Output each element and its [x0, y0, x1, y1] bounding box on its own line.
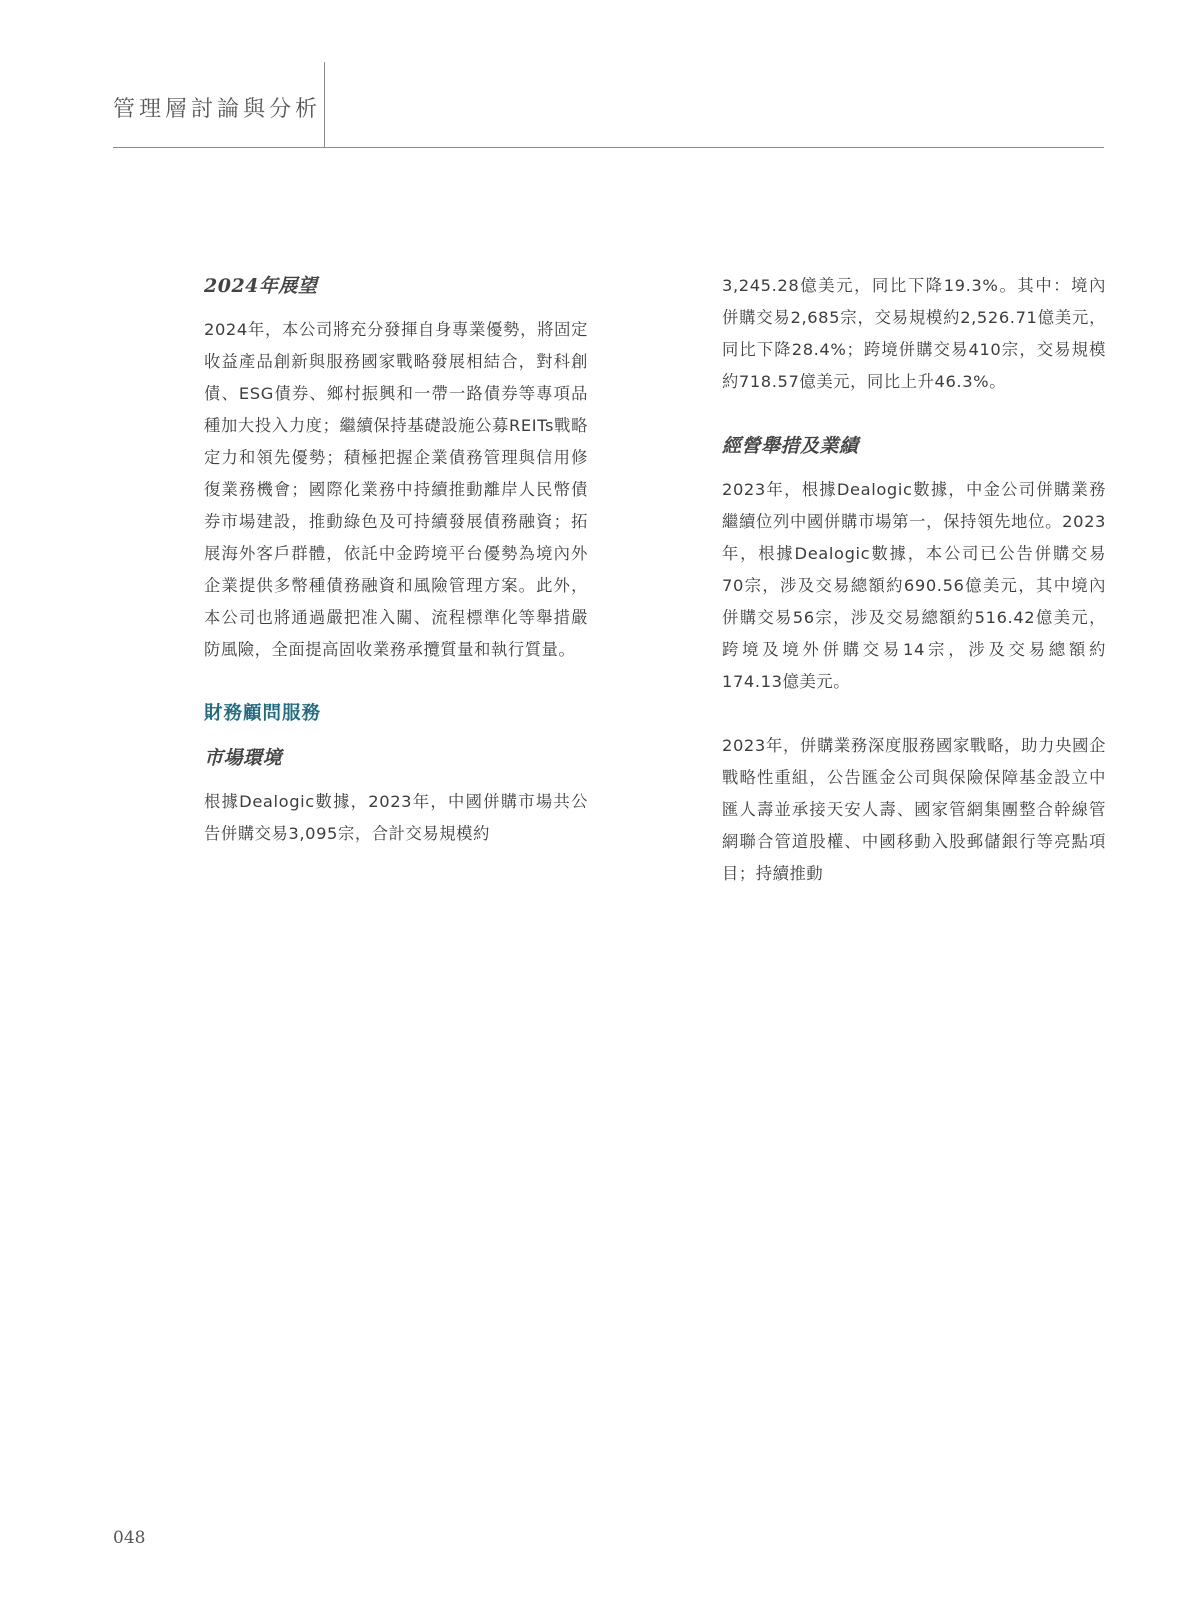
operations-paragraph-1: 2023年，根據Dealogic數據，中金公司併購業務繼續位列中國併購市場第一，…	[722, 474, 1106, 698]
operations-paragraph-2: 2023年，併購業務深度服務國家戰略，助力央國企戰略性重組，公告匯金公司與保險保…	[722, 730, 1106, 890]
page-header-title: 管理層討論與分析	[113, 92, 321, 123]
outlook-heading: 2024年展望	[204, 270, 588, 302]
left-column: 2024年展望 2024年，本公司將充分發揮自身專業優勢，將固定收益產品創新與服…	[204, 270, 588, 882]
market-paragraph-continued: 3,245.28億美元，同比下降19.3%。其中：境內併購交易2,685宗，交易…	[722, 270, 1106, 398]
page-number: 048	[113, 1528, 145, 1548]
financial-advisory-section-heading: 財務顧問服務	[204, 698, 588, 730]
outlook-paragraph: 2024年，本公司將充分發揮自身專業優勢，將固定收益產品創新與服務國家戰略發展相…	[204, 314, 588, 666]
market-paragraph-start: 根據Dealogic數據，2023年，中國併購市場共公告併購交易3,095宗，合…	[204, 786, 588, 850]
right-column: 3,245.28億美元，同比下降19.3%。其中：境內併購交易2,685宗，交易…	[722, 270, 1106, 922]
operations-heading: 經營舉措及業績	[722, 430, 1106, 462]
header-vertical-divider	[324, 62, 325, 147]
market-environment-heading: 市場環境	[204, 742, 588, 774]
header-horizontal-rule	[113, 147, 1104, 148]
